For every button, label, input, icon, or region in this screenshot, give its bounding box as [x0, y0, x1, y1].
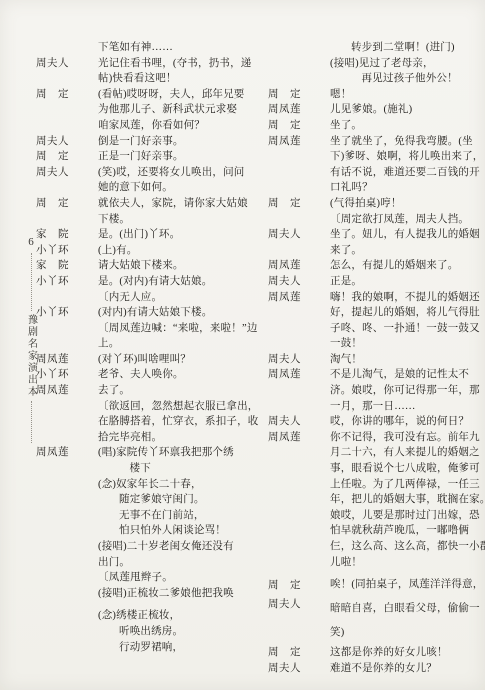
script-row: 周夫人光记住看书哩，(夺书，扔书，递帖)快看看这吧！ — [36, 56, 262, 87]
script-line: 楼下 — [98, 461, 262, 477]
dialogue-block: (看帖)哎呀呀，夫人，邱年兄要为他那儿子、新科武状元求娶咱家凤莲，你看如何？ — [98, 87, 262, 134]
script-line: 月二十六，有人来提儿的婚姻之 — [330, 445, 482, 461]
script-line: 来了。 — [330, 243, 482, 259]
script-line: 在胳膊搭着，忙穿衣，系扣子，收 — [98, 414, 262, 430]
script-line: 暗暗自喜，白眼看父母，偷偷一 — [330, 597, 482, 621]
speaker-name: 周凤莲 — [268, 367, 330, 383]
script-line: 坐了。 — [330, 118, 482, 134]
script-line: 怎么，有提儿的婚姻来了。 — [330, 258, 482, 274]
script-row: 家 院请大姑娘下楼来。 — [36, 258, 262, 274]
script-line: 唉！(同拍桌子，凤莲洋洋得意， — [330, 573, 482, 597]
dialogue-block: 去了。〔欲返回，忽然想起衣服已拿出，在胳膊搭着，忙穿衣，系扣子，收拾完毕亮相。 — [98, 383, 262, 445]
speaker-name: 小丫环 — [36, 243, 98, 259]
speaker-name: 周凤莲 — [268, 258, 330, 274]
script-line: 子咚、咚、一扑通！一鼓一鼓又 — [330, 321, 482, 337]
script-line: 为他那儿子、新科武状元求娶 — [98, 102, 262, 118]
dialogue-block: 嗯！ — [330, 87, 482, 103]
speaker-name: 周夫人 — [268, 274, 330, 290]
speaker-name: 小丫环 — [36, 274, 98, 290]
script-line: 一月，那一日…… — [330, 399, 482, 415]
speaker-name: 周凤莲 — [268, 290, 330, 306]
script-line: 拾完毕亮相。 — [98, 430, 262, 446]
script-line: 〔周定欲打凤莲，周夫人挡。 — [330, 212, 482, 228]
script-row: 周 定 周夫人唉！(同拍桌子，凤莲洋洋得意，暗暗自喜，白眼看父母，偷偷一笑) — [268, 573, 482, 645]
script-line: 是。(出门)丫环。 — [98, 227, 262, 243]
script-line: 不是儿淘气，是娘的记性太不 — [330, 367, 482, 383]
script-line: 儿见爹娘。(施礼) — [330, 102, 482, 118]
script-line: (接唱)正梳妆二爹娘他把我唤 — [98, 586, 262, 602]
script-row: 小丫环老爷、夫人唤你。 — [36, 367, 262, 383]
dialogue-block: 请大姑娘下楼来。 — [98, 258, 262, 274]
script-line: 济。娘哎，你可记得那一年，那 — [330, 383, 482, 399]
script-row: 周凤莲儿见爹娘。(施礼) — [268, 102, 482, 118]
dialogue-block: 光记住看书哩，(夺书，扔书，递帖)快看看这吧！ — [98, 56, 262, 87]
script-line: 年，把儿的婚姻大事，耽搁在家。 — [330, 492, 482, 508]
speaker-name: 家 院 — [36, 227, 98, 243]
dialogue-block: 唉！(同拍桌子，凤莲洋洋得意，暗暗自喜，白眼看父母，偷偷一笑) — [330, 573, 482, 645]
script-line: 一鼓！ — [330, 336, 482, 352]
script-line: 这都是你养的好女儿咳！ — [330, 645, 482, 661]
script-line: 下笔如有神…… — [98, 40, 262, 56]
dialogue-block: 儿见爹娘。(施礼) — [330, 102, 482, 118]
script-line: (对丫环)叫啥哩叫？ — [98, 352, 262, 368]
script-line: 〔周凤莲边喊：“来啦，来啦！”边 — [98, 321, 262, 337]
script-row: 周凤莲坐了就坐了，免得我弯腰。(坐下)爹呀、娘啊，将儿唤出来了，有话不说，难道还… — [268, 134, 482, 196]
script-line: (接唱)二十岁老闺女俺还没有 — [98, 539, 262, 555]
script-row: 小丫环是。(对内)有请大姑娘。〔内无人应。 — [36, 274, 262, 305]
script-line: 她的意下如何。 — [98, 180, 262, 196]
dialogue-block: 正是一门好亲事。 — [98, 149, 262, 165]
script-line: (对内)有请大姑娘下楼。 — [98, 305, 262, 321]
script-line: 〔凤莲甩辫子。 — [98, 570, 262, 586]
speaker-name: 周夫人 — [268, 352, 330, 368]
script-line: 是。(对内)有请大姑娘。 — [98, 274, 262, 290]
script-line: (念)绣楼正梳妆， — [98, 608, 262, 624]
script-row: 周夫人哎，你讲的哪年，说的何日？ — [268, 414, 482, 430]
script-line: 怕只怕外人闲谈论骂！ — [98, 523, 262, 539]
script-row: 周夫人倒是一门好亲事。 — [36, 134, 262, 150]
dialogue-block: 是。(出门)丫环。 — [98, 227, 262, 243]
script-line: 嗯！ — [330, 87, 482, 103]
script-row: 周凤莲你不记得，我可没有忘。前年九月二十六，有人来提儿的婚姻之事，眼看说个七八成… — [268, 430, 482, 570]
script-line: 事，眼看说个七八成啦，俺爹可 — [330, 461, 482, 477]
speaker-name: 小丫环 — [36, 305, 98, 321]
dialogue-block: (对内)有请大姑娘下楼。〔周凤莲边喊：“来啦，来啦！”边上。 — [98, 305, 262, 352]
dialogue-block: 正是。 — [330, 274, 482, 290]
script-line: 咱家凤莲，你看如何？ — [98, 118, 262, 134]
script-line: 上。 — [98, 336, 262, 352]
script-line: 笑) — [330, 621, 482, 645]
speaker-name: 周凤莲 — [268, 430, 330, 446]
script-line: (接唱)见过了老母亲， — [330, 56, 482, 72]
dialogue-block: 你不记得，我可没有忘。前年九月二十六，有人来提儿的婚姻之事，眼看说个七八成啦，俺… — [330, 430, 482, 570]
script-line: 难道不是你养的女儿？ — [330, 661, 482, 677]
dialogue-block: (上)有。 — [98, 243, 262, 259]
dialogue-block: 老爷、夫人唤你。 — [98, 367, 262, 383]
script-row: 周凤莲嗨！我的娘啊，不提儿的婚姻还好，提起儿的婚姻，将儿气得肚子咚、咚、一扑通！… — [268, 290, 482, 352]
script-row: 周 定(看帖)哎呀呀，夫人，邱年兄要为他那儿子、新科武状元求娶咱家凤莲，你看如何… — [36, 87, 262, 134]
script-row: 周夫人正是。 — [268, 274, 482, 290]
dialogue-block: 是。(对内)有请大姑娘。〔内无人应。 — [98, 274, 262, 305]
script-line: 帖)快看看这吧！ — [98, 71, 262, 87]
script-line: 坐了。妞儿，有人提我儿的婚姻 — [330, 227, 482, 243]
dialogue-block: 坐了。妞儿，有人提我儿的婚姻来了。 — [330, 227, 482, 258]
dialogue-block: 就依夫人，家院，请你家大姑娘下楼。 — [98, 196, 262, 227]
speaker-name: 周 定 — [36, 196, 98, 212]
script-line: 去了。 — [98, 383, 262, 399]
dialogue-block: 怎么，有提儿的婚姻来了。 — [330, 258, 482, 274]
script-row: 周凤莲(对丫环)叫啥哩叫？ — [36, 352, 262, 368]
script-line: 正是。 — [330, 274, 482, 290]
script-line: (看帖)哎呀呀，夫人，邱年兄要 — [98, 87, 262, 103]
speaker-name: 周凤莲 — [36, 445, 98, 461]
script-line: 行动罗裙响， — [98, 640, 262, 656]
speaker-name: 周 定 — [268, 645, 330, 661]
script-line: 儿啦！ — [330, 555, 482, 571]
speaker-name: 周夫人 — [36, 134, 98, 150]
dialogue-block: 坐了就坐了，免得我弯腰。(坐下)爹呀、娘啊，将儿唤出来了，有话不说，难道还要二百… — [330, 134, 482, 196]
script-line: 坐了就坐了，免得我弯腰。(坐 — [330, 134, 482, 150]
script-row: 周夫人淘气！ — [268, 352, 482, 368]
script-row: 周 定正是一门好亲事。 — [36, 149, 262, 165]
speaker-name: 周夫人 — [268, 414, 330, 430]
script-line: 〔内无人应。 — [98, 290, 262, 306]
script-line: 老爷、夫人唤你。 — [98, 367, 262, 383]
dialogue-block: 下笔如有神…… — [98, 40, 262, 56]
dotted-divider-top — [31, 253, 32, 311]
script-line: (上)有。 — [98, 243, 262, 259]
script-line: 娘哎，儿要是那时过门出嫁，恐 — [330, 508, 482, 524]
speaker-name: 周夫人 — [36, 56, 98, 72]
script-line: 哎，你讲的哪年，说的何日？ — [330, 414, 482, 430]
dialogue-block: 哎，你讲的哪年，说的何日？ — [330, 414, 482, 430]
speaker-name: 周 定 — [36, 87, 98, 103]
dialogue-block: 不是儿淘气，是娘的记性太不济。娘哎，你可记得那一年，那一月，那一日…… — [330, 367, 482, 414]
dialogue-block: 转步到二堂啊！(进门)(接唱)见过了老母亲，再见过孩子他外公！ — [330, 40, 482, 87]
speaker-name: 周 定 周夫人 — [268, 573, 330, 614]
script-line: 〔欲返回，忽然想起衣服已拿出， — [98, 399, 262, 415]
script-row: 周夫人坐了。妞儿，有人提我儿的婚姻来了。 — [268, 227, 482, 258]
dialogue-block: 淘气！ — [330, 352, 482, 368]
script-row: 周 定就依夫人，家院，请你家大姑娘下楼。 — [36, 196, 262, 227]
script-line: 再见过孩子他外公！ — [330, 71, 482, 87]
speaker-name: 周夫人 — [268, 661, 330, 677]
script-row: 周夫人难道不是你养的女儿？ — [268, 661, 482, 677]
script-line: 你不记得，我可没有忘。前年九 — [330, 430, 482, 446]
script-row: 周凤莲去了。〔欲返回，忽然想起衣服已拿出，在胳膊搭着，忙穿衣，系扣子，收拾完毕亮… — [36, 383, 262, 445]
speaker-name: 周凤莲 — [36, 383, 98, 399]
speaker-name: 周凤莲 — [36, 352, 98, 368]
speaker-name: 周凤莲 — [268, 134, 330, 150]
script-line: 出门。 — [98, 555, 262, 571]
speaker-name: 周 定 — [268, 196, 330, 212]
script-column-right: 转步到二堂啊！(进门)(接唱)见过了老母亲，再见过孩子他外公！周 定嗯！周凤莲儿… — [268, 40, 482, 676]
script-row: 家 院是。(出门)丫环。 — [36, 227, 262, 243]
dotted-divider-bottom — [31, 401, 32, 443]
script-line: 正是一门好亲事。 — [98, 149, 262, 165]
script-line: (气得拍桌)哼！ — [330, 196, 482, 212]
speaker-name: 周夫人 — [268, 227, 330, 243]
script-line: 倒是一门好亲事。 — [98, 134, 262, 150]
speaker-name: 周 定 — [268, 118, 330, 134]
speaker-name: 小丫环 — [36, 367, 98, 383]
dialogue-block: (气得拍桌)哼！〔周定欲打凤莲，周夫人挡。 — [330, 196, 482, 227]
script-line: 听唤出绣房。 — [98, 624, 262, 640]
script-line: 下)爹呀、娘啊，将儿唤出来了， — [330, 149, 482, 165]
script-line: 有话不说，难道还要二百钱的开 — [330, 165, 482, 181]
script-row: 周夫人(笑)哎，还要将女儿唤出，问问她的意下如何。 — [36, 165, 262, 196]
dialogue-block: (对丫环)叫啥哩叫？ — [98, 352, 262, 368]
script-row: 小丫环(上)有。 — [36, 243, 262, 259]
script-line: 无事不在门前站， — [98, 508, 262, 524]
script-row: 周 定嗯！ — [268, 87, 482, 103]
speaker-name: 周 定 — [268, 87, 330, 103]
dialogue-block: 坐了。 — [330, 118, 482, 134]
dialogue-block: 这都是你养的好女儿咳！ — [330, 645, 482, 661]
script-line: 淘气！ — [330, 352, 482, 368]
script-line: 下楼。 — [98, 212, 262, 228]
script-line: 好，提起儿的婚姻，将儿气得肚 — [330, 305, 482, 321]
speaker-name: 周夫人 — [36, 165, 98, 181]
scanned-script-page: 6 豫剧名家演出本 下笔如有神……周夫人光记住看书哩，(夺书，扔书，递帖)快看看… — [0, 0, 485, 690]
speaker-name: 家 院 — [36, 258, 98, 274]
script-line: 嗨！我的娘啊，不提儿的婚姻还 — [330, 290, 482, 306]
script-row: 周 定(气得拍桌)哼！〔周定欲打凤莲，周夫人挡。 — [268, 196, 482, 227]
script-row: 小丫环(对内)有请大姑娘下楼。〔周凤莲边喊：“来啦，来啦！”边上。 — [36, 305, 262, 352]
script-line: 随定爹娘守闺门。 — [98, 492, 262, 508]
dialogue-block: 倒是一门好亲事。 — [98, 134, 262, 150]
script-line: (念)奴家年长二十春， — [98, 477, 262, 493]
script-line: 光记住看书哩，(夺书，扔书，递 — [98, 56, 262, 72]
script-row: 周凤莲(唱)家院传丫环禀我把那个绣楼下(念)奴家年长二十春，随定爹娘守闺门。无事… — [36, 445, 262, 655]
dialogue-block: 难道不是你养的女儿？ — [330, 661, 482, 677]
script-line: 仨，这么高、这么高，都快一小群 — [330, 539, 482, 555]
page-number: 6 — [28, 236, 34, 248]
script-line: 怕早就秋葫芦晚瓜，一嘟噜俩 — [330, 523, 482, 539]
script-line: (唱)家院传丫环禀我把那个绣 — [98, 445, 262, 461]
speaker-name: 周 定 — [36, 149, 98, 165]
script-line: (笑)哎，还要将女儿唤出，问问 — [98, 165, 262, 181]
script-line: 请大姑娘下楼来。 — [98, 258, 262, 274]
script-line: 转步到二堂啊！(进门) — [330, 40, 482, 56]
script-line: 上任啦。为了几两俸禄，一任三 — [330, 477, 482, 493]
script-line: 就依夫人，家院，请你家大姑娘 — [98, 196, 262, 212]
script-row: 周凤莲怎么，有提儿的婚姻来了。 — [268, 258, 482, 274]
script-row: 周 定这都是你养的好女儿咳！ — [268, 645, 482, 661]
script-row: 下笔如有神…… — [36, 40, 262, 56]
script-row: 周 定坐了。 — [268, 118, 482, 134]
script-row: 转步到二堂啊！(进门)(接唱)见过了老母亲，再见过孩子他外公！ — [268, 40, 482, 87]
script-column-left: 下笔如有神……周夫人光记住看书哩，(夺书，扔书，递帖)快看看这吧！周 定(看帖)… — [36, 40, 262, 655]
speaker-name: 周凤莲 — [268, 102, 330, 118]
script-line: 口礼吗？ — [330, 180, 482, 196]
dialogue-block: (唱)家院传丫环禀我把那个绣楼下(念)奴家年长二十春，随定爹娘守闺门。无事不在门… — [98, 445, 262, 655]
script-row: 周凤莲不是儿淘气，是娘的记性太不济。娘哎，你可记得那一年，那一月，那一日…… — [268, 367, 482, 414]
dialogue-block: (笑)哎，还要将女儿唤出，问问她的意下如何。 — [98, 165, 262, 196]
dialogue-block: 嗨！我的娘啊，不提儿的婚姻还好，提起儿的婚姻，将儿气得肚子咚、咚、一扑通！一鼓一… — [330, 290, 482, 352]
